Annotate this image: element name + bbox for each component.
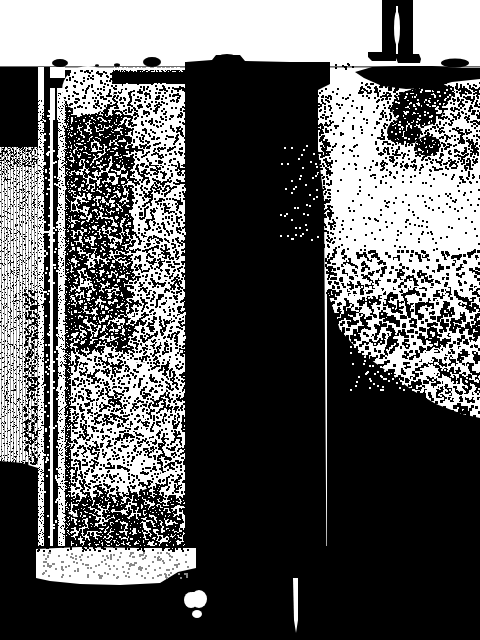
photo-canvas — [0, 0, 480, 640]
binarized-photo — [0, 0, 480, 640]
